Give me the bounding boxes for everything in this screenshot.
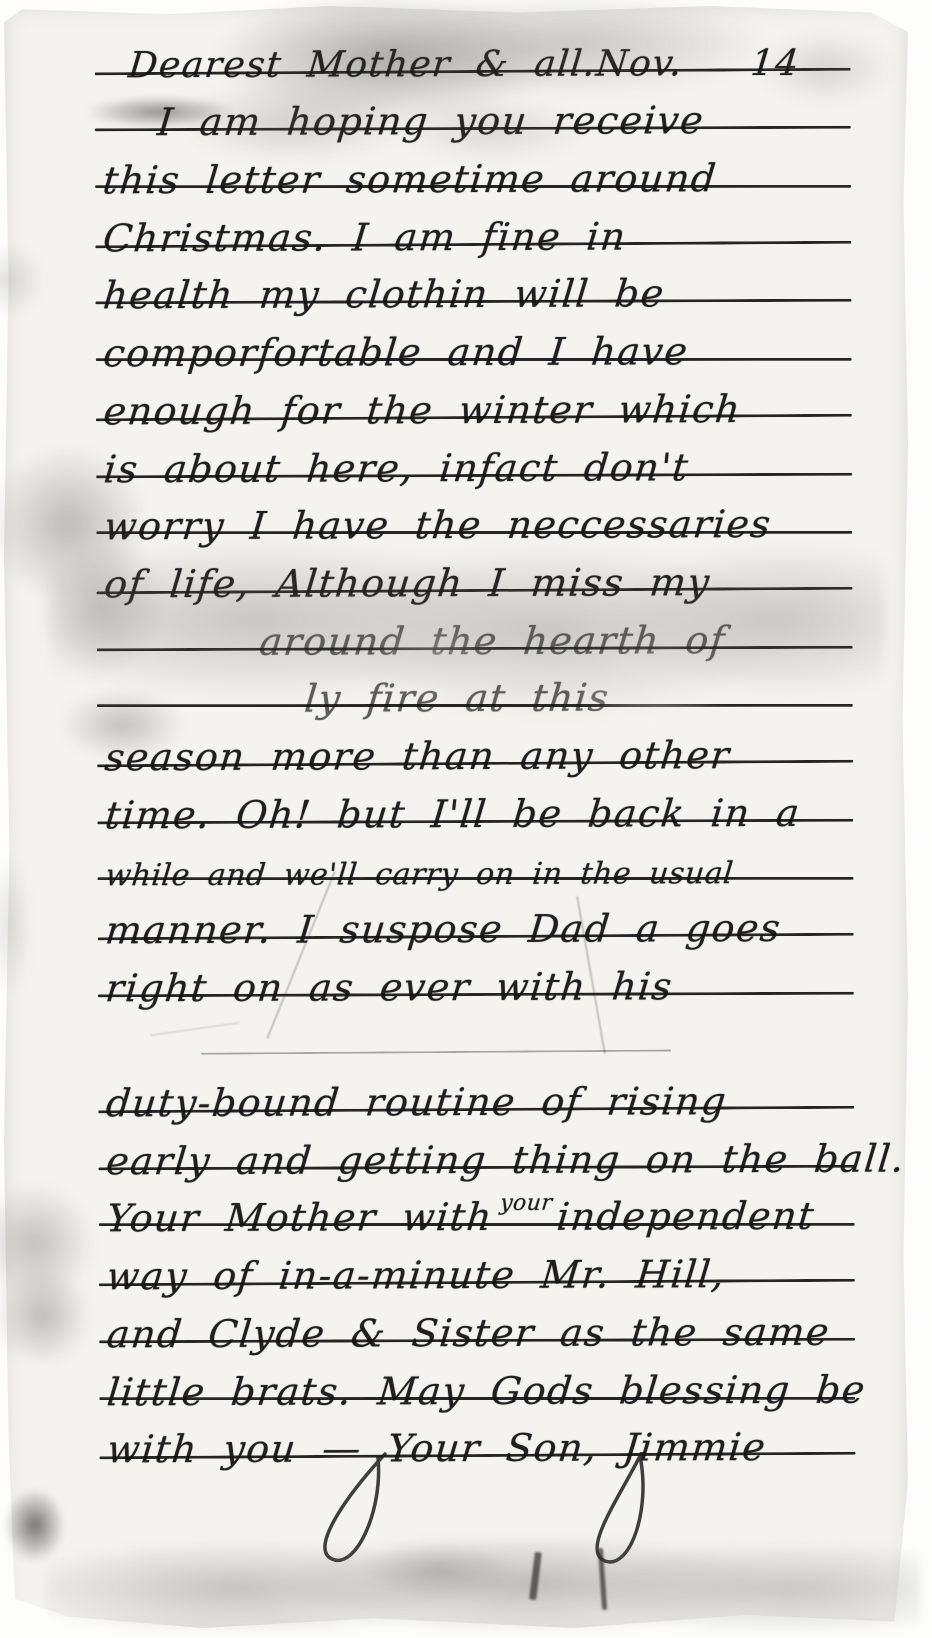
letter-line: worry I have the neccessaries	[104, 475, 854, 535]
letter-line: is about here, infact don't	[104, 418, 854, 478]
letter-line: Dearest Mother & all.Nov. 14	[102, 14, 852, 74]
letter-line: Christmas. I am fine in	[103, 187, 853, 247]
letter-line: and Clyde & Sister as the same	[107, 1283, 857, 1343]
letter-line: duty-bound routine of rising	[106, 1052, 856, 1112]
letter-line: with you — Your Son, Jimmie	[107, 1398, 857, 1458]
letter-line: Your Mother withyourindependent	[107, 1167, 857, 1227]
letter-line: I am hoping you receive	[103, 71, 853, 131]
letter-line: of life, Although I miss my	[104, 533, 854, 593]
letter-line: time. Oh! but I'll be back in a	[105, 764, 855, 824]
letter-line: manner. I suspose Dad a goes	[106, 879, 856, 939]
signature-flourish	[290, 1452, 670, 1570]
letter-line: around the hearth of	[104, 591, 854, 651]
letter-line: way of in-a-minute Mr. Hill,	[107, 1225, 857, 1285]
letter-lines: Dearest Mother & all.Nov. 14I am hoping …	[102, 14, 857, 1459]
letter-line: ly fire at this	[105, 648, 855, 708]
letter-body: Dearest Mother & all.Nov. 14I am hoping …	[102, 14, 857, 1459]
letter-line: comporfortable and I have	[103, 302, 853, 362]
letter-line: season more than any other	[105, 706, 855, 766]
letter-line: health my clothin will be	[103, 244, 853, 304]
letter-line: while and we'll carry on in the usual	[105, 821, 855, 881]
letter-line: right on as ever with his	[106, 937, 856, 997]
inserted-word: your	[499, 1191, 554, 1216]
letter-line: enough for the winter which	[104, 360, 854, 420]
letter-line: early and getting thing on the ball.	[106, 1110, 856, 1170]
letter-line: little brats. May Gods blessing be	[107, 1340, 857, 1400]
letter-line: this letter sometime around	[103, 129, 853, 189]
